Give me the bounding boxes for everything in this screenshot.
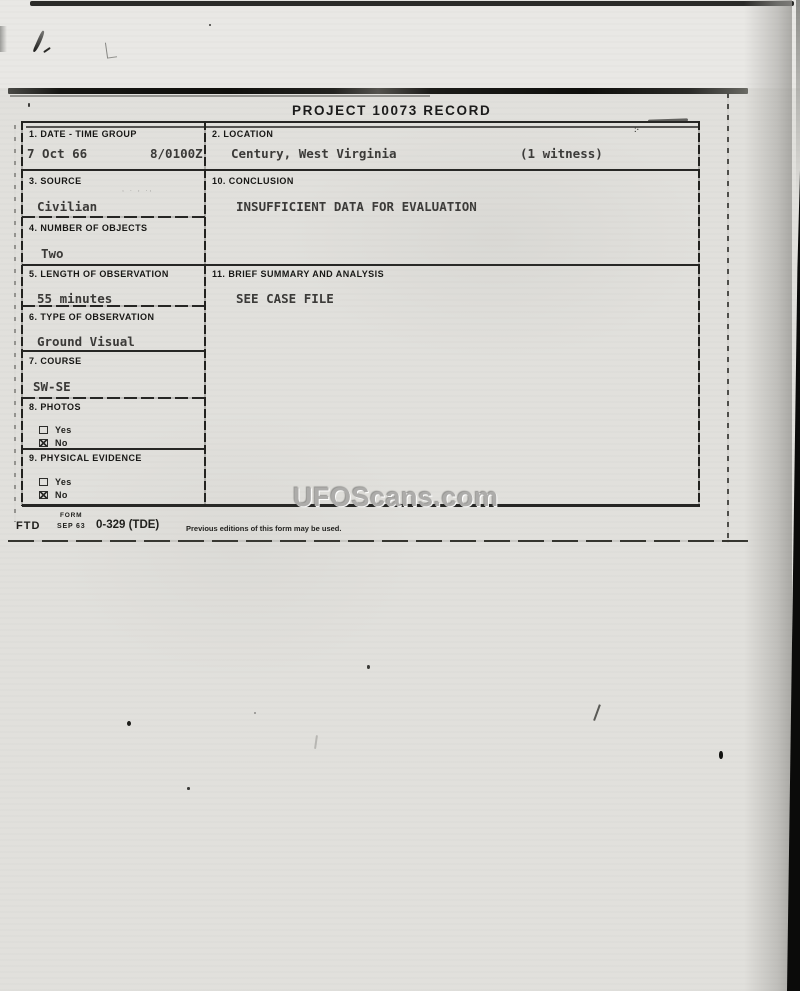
- field-label-number-of-objects: 4. NUMBER OF OBJECTS: [29, 223, 148, 233]
- field-label-length-of-observation: 5. LENGTH OF OBSERVATION: [29, 269, 169, 279]
- field-value-brief-summary: SEE CASE FILE: [236, 291, 334, 306]
- ink-speck: [127, 721, 131, 726]
- form-org-label: FTD: [16, 520, 40, 532]
- table-border-right: [698, 121, 700, 506]
- cell-divider: [22, 216, 205, 218]
- field-value-source: Civilian: [37, 199, 97, 214]
- field-label-source: 3. SOURCE: [29, 176, 82, 186]
- physical-evidence-no-label: No: [55, 490, 68, 500]
- row-divider: [22, 264, 700, 266]
- scan-left-edge-smudge: [0, 26, 7, 52]
- row-divider: [22, 169, 700, 171]
- ink-speck: [367, 665, 370, 669]
- sheet-left-edge: [14, 125, 16, 522]
- cell-divider: [22, 448, 205, 450]
- field-value-witness-count: (1 witness): [520, 146, 603, 161]
- ink-speck: [719, 751, 723, 759]
- field-value-length-of-observation: 55 minutes: [37, 291, 112, 306]
- page-title: PROJECT 10073 RECORD: [292, 103, 592, 118]
- sheet-top-edge: [8, 88, 748, 94]
- scanned-record-card-page: PROJECT 10073 RECORD :· 1. DATE - TIME G…: [0, 0, 800, 991]
- field-label-physical-evidence: 9. PHYSICAL EVIDENCE: [29, 453, 142, 463]
- physical-evidence-yes-label: Yes: [55, 477, 72, 487]
- scan-top-edge-line: [30, 1, 794, 6]
- field-value-number-of-objects: Two: [41, 246, 64, 261]
- photos-no-option: No: [39, 438, 68, 448]
- field-label-conclusion: 10. CONCLUSION: [212, 176, 294, 186]
- field-value-location: Century, West Virginia: [231, 146, 397, 161]
- cell-divider: [22, 350, 205, 352]
- sheet-bottom-edge: [8, 540, 748, 542]
- table-border-top: [22, 121, 700, 123]
- form-edition-date: SEP 63: [57, 523, 85, 530]
- table-border-left: [21, 121, 23, 506]
- field-value-date: 7 Oct 66: [27, 146, 87, 161]
- field-value-course: SW-SE: [33, 379, 71, 394]
- cell-divider: [22, 397, 205, 399]
- field-label-type-of-observation: 6. TYPE OF OBSERVATION: [29, 312, 154, 322]
- field-label-photos: 8. PHOTOS: [29, 402, 81, 412]
- field-label-date-time-group: 1. DATE - TIME GROUP: [29, 129, 137, 139]
- photos-yes-label: Yes: [55, 425, 72, 435]
- scan-right-gradient: [744, 0, 792, 991]
- ink-speck: [254, 712, 256, 714]
- checkbox-unchecked-icon: [39, 478, 48, 486]
- scan-right-edge-top: [796, 0, 800, 200]
- watermark-text: UFOScans.com: [293, 482, 499, 513]
- checkbox-unchecked-icon: [39, 426, 48, 434]
- scan-top-strip: [0, 0, 800, 88]
- faint-l-mark: [105, 41, 117, 58]
- physical-evidence-no-option: No: [39, 490, 68, 500]
- photos-no-label: No: [55, 438, 68, 448]
- column-divider: [204, 121, 206, 506]
- faint-crease: [314, 735, 317, 749]
- physical-evidence-yes-option: Yes: [39, 477, 72, 487]
- slash-mark: [593, 704, 600, 720]
- ink-speck: [209, 24, 211, 26]
- ink-speck: [28, 103, 30, 107]
- pencil-scribble: , . , .,: [122, 186, 154, 193]
- form-word-label: FORM: [60, 512, 82, 519]
- form-previous-editions-note: Previous editions of this form may be us…: [186, 524, 341, 533]
- checkbox-checked-icon: [39, 491, 48, 499]
- ink-speck: [187, 787, 190, 790]
- form-number: 0-329 (TDE): [96, 519, 159, 531]
- field-value-time: 8/0100Z: [150, 146, 203, 161]
- photos-yes-option: Yes: [39, 425, 72, 435]
- field-value-conclusion: INSUFFICIENT DATA FOR EVALUATION: [236, 199, 477, 214]
- field-label-course: 7. COURSE: [29, 356, 82, 366]
- field-label-location: 2. LOCATION: [212, 129, 273, 139]
- sheet-right-edge: [727, 93, 729, 543]
- field-label-brief-summary: 11. BRIEF SUMMARY AND ANALYSIS: [212, 269, 384, 279]
- table-border-top-inner: [26, 126, 698, 128]
- field-value-type-of-observation: Ground Visual: [37, 334, 135, 349]
- sheet-top-edge-shadow: [10, 95, 430, 97]
- checkbox-checked-icon: [39, 439, 48, 447]
